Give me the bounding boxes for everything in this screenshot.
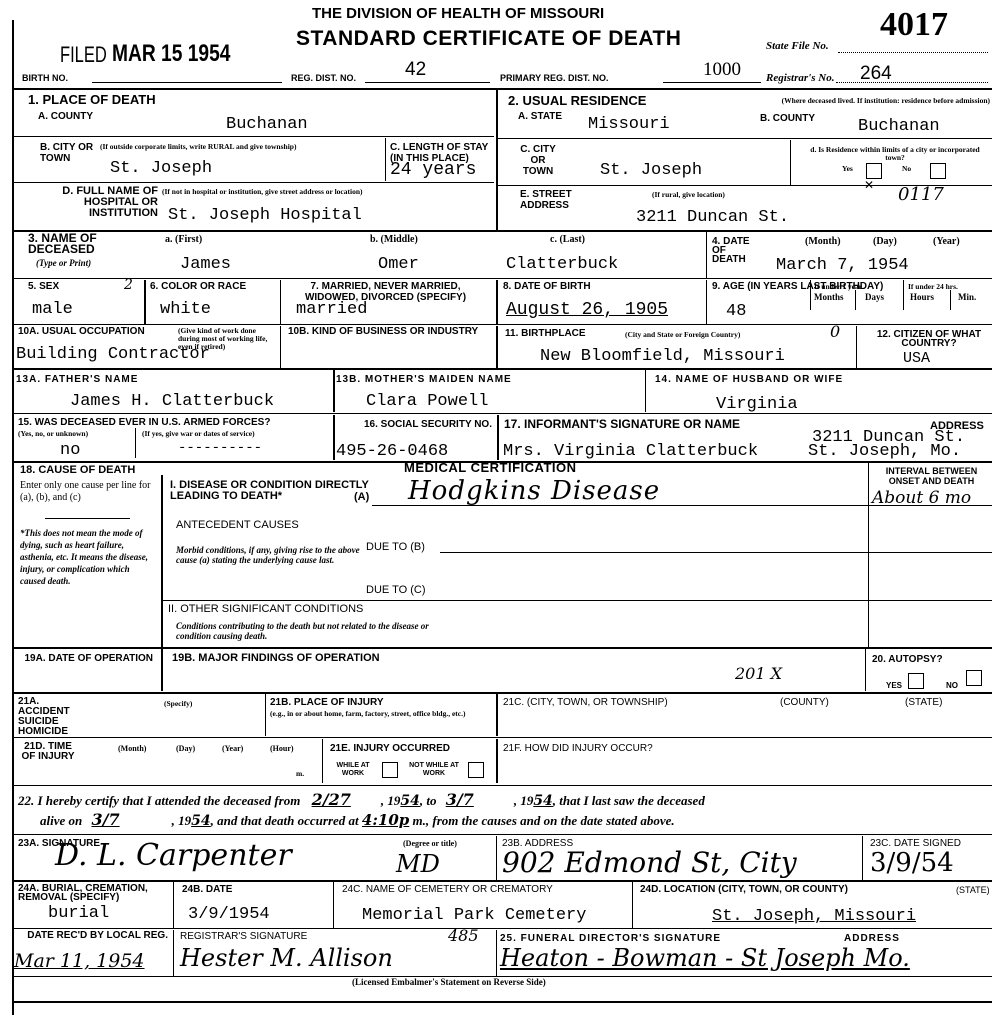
usual-residence-label: 2. USUAL RESIDENCE	[508, 95, 646, 106]
disposition-date-label: 24b. DATE	[182, 884, 232, 895]
rule	[372, 505, 868, 506]
injury-occurred-label: 21e. INJURY OCCURRED	[330, 743, 450, 754]
divider	[265, 694, 266, 736]
operation-code: 201 X	[735, 664, 782, 683]
while-at-work-label: WHILE AT WORK	[328, 762, 378, 778]
dob-value: August 26, 1905	[506, 301, 668, 319]
to-date: 3/7	[440, 790, 514, 809]
registrar-no-label: Registrar's No.	[766, 73, 834, 83]
rule	[498, 138, 992, 139]
name-label: 3. NAME OF DECEASED	[28, 233, 128, 255]
primary-reg-dist-value: 1000	[703, 59, 741, 81]
rule	[12, 1001, 992, 1003]
divider	[496, 930, 497, 976]
divider	[161, 475, 163, 647]
funeral-director-label: 25. FUNERAL DIRECTOR'S SIGNATURE	[500, 933, 721, 944]
registrar-sig-label: REGISTRAR'S SIGNATURE	[180, 931, 307, 942]
divider	[385, 138, 386, 181]
while-at-work-checkbox[interactable]	[382, 762, 398, 778]
operation-date-label: 19a. DATE OF OPERATION	[18, 653, 153, 664]
divider	[950, 290, 951, 310]
certify-line-1: 22. I hereby certify that I attended the…	[18, 795, 705, 806]
rule	[440, 552, 868, 553]
date-col-month: (Month)	[805, 238, 841, 246]
birthplace-mark: 0	[830, 322, 840, 341]
divider	[855, 290, 856, 310]
rule	[868, 505, 992, 506]
not-while-at-work-checkbox[interactable]	[468, 762, 484, 778]
divider	[496, 280, 498, 324]
part1-label: I. DISEASE OR CONDITION DIRECTLY LEADING…	[170, 480, 370, 502]
informant-label: 17. INFORMANT'S SIGNATURE OR NAME	[504, 419, 740, 430]
to-year-prefix: , 19	[514, 793, 534, 808]
last-name-value: Clatterbuck	[506, 256, 618, 274]
death-time: 4:10p	[362, 811, 409, 829]
date-of-death-label: 4. DATE OF DEATH	[712, 237, 752, 264]
divider	[496, 694, 498, 736]
divider	[497, 415, 499, 460]
res-city-label: c. CITY OR TOWN	[518, 144, 558, 177]
registrar-signature: Hester M. Allison	[180, 944, 393, 972]
birth-no-label: BIRTH NO.	[22, 73, 68, 84]
from-date: 2/27	[304, 790, 381, 809]
res-state-value: Missouri	[588, 116, 670, 134]
certificate-title: STANDARD CERTIFICATE OF DEATH	[296, 27, 681, 51]
injury-time-day: (Day)	[176, 745, 195, 753]
injury-state-label: (STATE)	[905, 697, 942, 708]
cause-footnote: *This does not mean the mode of dying, s…	[20, 527, 155, 587]
cause-label: 18. CAUSE OF DEATH	[20, 465, 135, 476]
injury-city-label: 21c. (CITY, TOWN, OR TOWNSHIP)	[503, 697, 668, 708]
alive-on-text: alive on	[40, 813, 82, 828]
age-value: 48	[726, 303, 746, 321]
rule	[163, 600, 868, 601]
interval-label: INTERVAL BETWEEN ONSET AND DEATH	[874, 466, 989, 486]
reg-dist-label: REG. DIST. NO.	[291, 73, 356, 84]
birth-no-line	[92, 82, 282, 83]
date-col-year: (Year)	[933, 238, 960, 246]
alive-on-date: 3/7	[86, 810, 172, 829]
location-label: 24d. LOCATION (City, town, or county)	[640, 884, 848, 895]
birthplace-value: New Bloomfield, Missouri	[540, 348, 785, 366]
funeral-address-label: ADDRESS	[844, 933, 900, 944]
sex-mark: 2	[124, 277, 133, 293]
within-limits-label: d. Is Residence within limits of a city …	[810, 146, 980, 162]
antecedent-note: Morbid conditions, if any, giving rise t…	[176, 545, 366, 565]
autopsy-no-checkbox[interactable]	[966, 670, 982, 686]
rule	[12, 880, 992, 882]
date-of-death-value: March 7, 1954	[776, 257, 909, 275]
spouse-value: Virginia	[716, 396, 798, 414]
divider	[862, 836, 863, 880]
spouse-label: 14. NAME OF HUSBAND OR WIFE	[655, 374, 843, 385]
rule	[12, 368, 992, 370]
certify-text-a: 22. I hereby certify that I attended the…	[18, 793, 300, 808]
rule	[12, 324, 992, 325]
due-to-c-label: DUE TO (c)	[366, 585, 426, 596]
hospital-note: (If not in hospital or institution, give…	[162, 188, 363, 196]
medical-cert-title: MEDICAL CERTIFICATION	[404, 462, 577, 473]
divider	[868, 462, 869, 647]
injury-county-label: (COUNTY)	[780, 697, 829, 708]
divider	[144, 280, 146, 324]
location-state-label: (State)	[956, 885, 990, 896]
first-name-label: a. (First)	[165, 236, 202, 244]
middle-name-label: b. (Middle)	[370, 236, 418, 244]
alive-year: 54	[191, 813, 210, 829]
divider	[645, 370, 646, 412]
within-limits-yes-checkbox[interactable]	[866, 163, 882, 179]
margin-code: 0117	[898, 184, 944, 205]
injury-how-label: 21f. HOW DID INJURY OCCUR?	[503, 743, 653, 754]
rule	[12, 136, 494, 137]
date-signed-value: 3/9/54	[870, 848, 954, 878]
rule	[45, 518, 130, 519]
reg-dist-value: 42	[405, 59, 426, 81]
registrar-no-line	[836, 82, 988, 83]
from-year: 54	[400, 793, 419, 809]
race-value: white	[160, 301, 211, 319]
divider	[333, 415, 335, 460]
to-year: 54	[533, 793, 552, 809]
divider	[865, 649, 866, 691]
autopsy-yes-checkbox[interactable]	[908, 673, 924, 689]
pod-city-label: b. CITY OR TOWN	[40, 142, 102, 164]
rule	[868, 552, 992, 553]
divider	[173, 882, 174, 928]
date-recd-label: DATE REC'D BY LOCAL REG.	[18, 931, 168, 941]
divider	[161, 649, 163, 691]
divider	[322, 739, 323, 783]
hours-label: Hours	[910, 293, 934, 301]
within-limits-yes-label: Yes	[842, 165, 853, 173]
father-label: 13a. FATHER'S NAME	[16, 374, 138, 385]
injury-time-month: (Month)	[118, 745, 146, 753]
armed-forces-label: 15. WAS DECEASED EVER IN U.S. ARMED FORC…	[18, 417, 270, 428]
divider	[496, 739, 498, 783]
dob-label: 8. DATE OF BIRTH	[503, 281, 591, 292]
state-file-label: State File No.	[766, 41, 829, 51]
injury-time-year: (Year)	[222, 745, 243, 753]
certify-text-b: , that I last saw the deceased	[553, 793, 705, 808]
rule	[12, 182, 494, 183]
res-county-label: b. COUNTY	[760, 113, 815, 124]
divider	[173, 930, 174, 976]
birthplace-note: (City and State or Foreign Country)	[625, 331, 740, 339]
divider	[333, 370, 335, 412]
rule	[12, 834, 992, 835]
location-value: St. Joseph, Missouri	[712, 908, 916, 926]
res-street-note: (If rural, give location)	[652, 191, 725, 199]
not-while-at-work-label: NOT WHILE AT WORK	[404, 762, 464, 778]
divider	[706, 232, 707, 278]
name-note: (Type or Print)	[36, 258, 91, 268]
divider	[790, 140, 791, 185]
injury-time-suffix: m.	[296, 770, 304, 778]
divider	[496, 326, 498, 368]
pod-county-value: Buchanan	[226, 116, 308, 134]
business-label: 10b. KIND OF BUSINESS OR INDUSTRY	[288, 326, 488, 337]
middle-name-value: Omer	[378, 256, 419, 274]
divider	[333, 882, 334, 928]
cause-a-value: Hodgkins Disease	[408, 476, 660, 506]
filed-stamp-label: FILED	[60, 42, 107, 68]
registrar-code: 485	[448, 926, 479, 945]
citizen-label: 12. CITIZEN OF WHAT COUNTRY?	[864, 330, 994, 348]
divider	[496, 836, 497, 880]
division-heading: THE DIVISION OF HEALTH OF MISSOURI	[312, 5, 604, 22]
footer-note: (Licensed Embalmer's Statement on Revers…	[352, 978, 546, 986]
part2-label: II. OTHER SIGNIFICANT CONDITIONS	[168, 604, 363, 615]
injury-place-label: 21b. PLACE OF INJURY	[270, 697, 384, 708]
rule	[12, 413, 992, 414]
armed-forces-note-b: (If yes, give war or dates of service)	[142, 430, 255, 438]
usual-residence-note: (Where deceased lived. If institution: r…	[700, 97, 990, 105]
min-label: Min.	[958, 293, 976, 301]
rule	[12, 785, 992, 786]
res-state-label: a. STATE	[518, 111, 562, 122]
state-file-line	[838, 52, 988, 53]
divider	[632, 882, 633, 928]
due-to-b-label: DUE TO (b)	[366, 542, 425, 553]
rule	[12, 928, 992, 929]
res-city-value: St. Joseph	[600, 162, 702, 180]
place-of-death-label: 1. PLACE OF DEATH	[28, 94, 156, 105]
res-street-value: 3211 Duncan St.	[636, 209, 789, 227]
primary-reg-dist-label: PRIMARY REG. DIST. NO.	[500, 73, 609, 84]
divider	[135, 428, 136, 458]
autopsy-yes-label: YES	[886, 680, 902, 691]
part2-note: Conditions contributing to the death but…	[176, 621, 456, 641]
injury-type-label: 21a. ACCIDENT SUICIDE HOMICIDE	[18, 697, 88, 737]
certify-text-c: m., from the causes and on the date stat…	[413, 813, 675, 828]
cemetery-label: 24c. NAME OF CEMETERY OR CREMATORY	[342, 884, 553, 895]
rule	[12, 278, 992, 279]
last-name-label: c. (Last)	[550, 236, 585, 244]
occupation-value: Building Contractor	[16, 346, 210, 364]
cemetery-value: Memorial Park Cemetery	[362, 907, 586, 925]
hospital-label: d. FULL NAME OF HOSPITAL OR INSTITUTION	[38, 186, 158, 219]
res-county-value: Buchanan	[858, 118, 940, 136]
rule	[12, 647, 992, 649]
divider	[856, 326, 857, 368]
degree-value: MD	[396, 850, 440, 878]
days-label: Days	[865, 293, 884, 301]
injury-place-note: (e.g., in or about home, farm, factory, …	[270, 710, 495, 718]
from-year-prefix: , 19	[381, 793, 401, 808]
ssn-label: 16. SOCIAL SECURITY NO.	[344, 419, 492, 431]
rule	[12, 737, 992, 738]
date-col-day: (Day)	[873, 238, 897, 246]
part1-a-marker: (a)	[354, 492, 369, 503]
operation-findings-label: 19b. MAJOR FINDINGS OF OPERATION	[172, 653, 380, 664]
antecedent-label: ANTECEDENT CAUSES	[176, 520, 299, 531]
injury-type-specify: (Specify)	[164, 700, 192, 708]
pod-city-value: St. Joseph	[110, 160, 212, 178]
divider	[903, 280, 904, 310]
cause-instruction: Enter only one cause per line for (a), (…	[20, 480, 155, 504]
race-label: 6. COLOR OR RACE	[150, 281, 246, 292]
autopsy-label: 20. AUTOPSY?	[872, 654, 943, 665]
armed-forces-note-a: (Yes, no, or unknown)	[18, 430, 88, 438]
primary-reg-dist-line	[663, 82, 761, 83]
physician-address: 902 Edmond St, City	[502, 846, 797, 879]
informant-address-2: St. Joseph, Mo.	[808, 443, 961, 461]
divider	[496, 90, 498, 230]
reg-dist-line	[365, 82, 490, 83]
rule	[12, 230, 992, 232]
father-value: James H. Clatterbuck	[70, 393, 274, 411]
armed-forces-value: no	[60, 442, 80, 460]
armed-forces-service: ----------	[178, 440, 262, 456]
divider	[280, 280, 281, 324]
mother-value: Clara Powell	[366, 393, 488, 411]
degree-label: (Degree or title)	[403, 840, 457, 848]
burial-label: 24a. BURIAL, CREMATION, REMOVAL (Specify…	[18, 884, 168, 902]
death-occurred-text: , and that death occurred at	[211, 813, 359, 828]
to-word: , to	[420, 793, 437, 808]
date-recd-value: Mar 11, 1954	[14, 950, 145, 972]
within-limits-no-checkbox[interactable]	[930, 163, 946, 179]
divider	[280, 326, 281, 368]
marital-value: married	[296, 301, 367, 319]
ssn-value: 495-26-0468	[336, 443, 448, 461]
hospital-value: St. Joseph Hospital	[168, 207, 362, 225]
certify-line-2: alive on 3/7, 1954, and that death occur…	[40, 815, 675, 826]
within-limits-no-label: No	[902, 165, 911, 173]
length-of-stay-value: 24 years	[390, 161, 476, 179]
sex-label: 5. SEX	[28, 281, 59, 292]
disposition-date-value: 3/9/1954	[188, 906, 270, 924]
rule	[868, 600, 992, 601]
pod-county-label: a. COUNTY	[38, 111, 93, 122]
birthplace-label: 11. BIRTHPLACE	[505, 328, 586, 339]
divider	[706, 280, 707, 324]
physician-signature: D. L. Carpenter	[55, 838, 292, 873]
occupation-label: 10a. USUAL OCCUPATION	[18, 326, 145, 337]
filed-stamp-date: MAR 15 1954	[112, 40, 230, 68]
left-border	[12, 20, 14, 1015]
autopsy-no-label: NO	[946, 680, 958, 691]
pod-city-note: (If outside corporate limits, write RURA…	[100, 143, 380, 151]
divider	[810, 280, 811, 310]
sex-value: male	[32, 301, 73, 319]
burial-value: burial	[48, 905, 109, 923]
alive-year-prefix: , 19	[172, 813, 192, 828]
citizen-value: USA	[903, 350, 930, 368]
mother-label: 13b. MOTHER'S MAIDEN NAME	[336, 374, 512, 385]
first-name-value: James	[180, 256, 231, 274]
informant-value: Mrs. Virginia Clatterbuck	[503, 443, 758, 461]
funeral-director-signature: Heaton - Bowman - St Joseph Mo.	[500, 944, 910, 972]
rule	[12, 692, 992, 694]
res-street-label: e. STREET ADDRESS	[520, 189, 590, 211]
months-label: Months	[814, 293, 844, 301]
state-file-number: 4017	[880, 6, 948, 44]
rule	[12, 88, 992, 90]
injury-time-hour: (Hour)	[270, 745, 294, 753]
injury-time-label: 21d. TIME OF INJURY	[18, 742, 78, 762]
